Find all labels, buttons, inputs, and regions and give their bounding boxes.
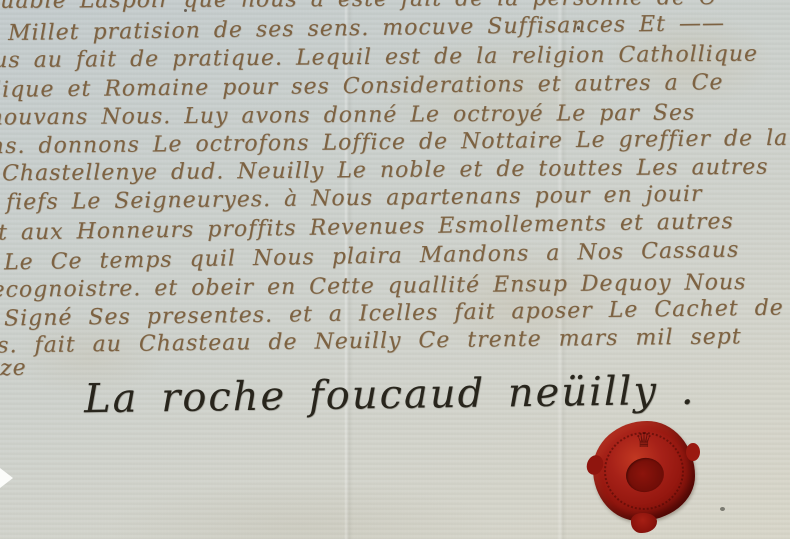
paper-edge-notch — [0, 468, 13, 488]
wax-seal: ♛ — [593, 421, 695, 521]
ink-speck — [577, 26, 580, 30]
manuscript-line: llique et Romaine pour ses Consideration… — [0, 70, 724, 103]
manuscript-line: Millet pratision de ses sens. mocuve Suf… — [8, 11, 725, 46]
ink-speck — [184, 9, 187, 12]
signature: La roche foucaud neüilly . — [84, 368, 696, 423]
manuscript-line: nus au fait de pratique. Lequil est de l… — [0, 42, 758, 74]
manuscript-line: ize — [0, 356, 27, 382]
seal-edge-bump — [686, 443, 700, 461]
manuscript-photo: ouable Laspoir que nous a esté fait de l… — [0, 0, 790, 539]
manuscript-line: mouvans Nous. Luy avons donné Le octroyé… — [0, 101, 695, 131]
crown-icon: ♛ — [635, 430, 653, 450]
manuscript-line: hs. donnons Le octrofons Loffice de Nott… — [0, 126, 788, 159]
manuscript-line: fiefs Le Seigneuryes. à Nous apartenans … — [6, 182, 703, 216]
dust-speck — [720, 507, 725, 511]
